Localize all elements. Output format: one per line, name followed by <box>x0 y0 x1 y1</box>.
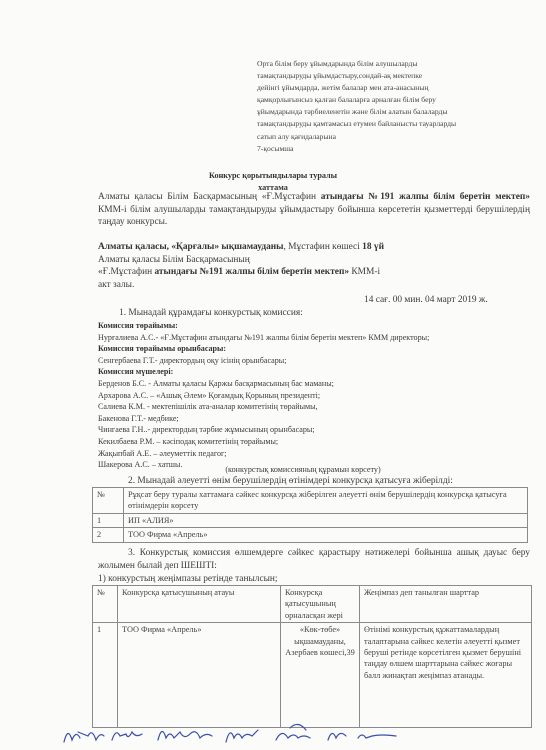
deputy-label: Комиссия төрайымы орынбасары: <box>98 344 226 353</box>
commission-list: Комиссия төрайымы: Нурғалиева А.С.- «Ғ.М… <box>98 320 538 471</box>
annex-header: Орта білім беру ұйымдарында білім алушыл… <box>257 58 517 155</box>
meeting-datetime: 14 сағ. 00 мин. 04 март 2019 ж. <box>364 294 534 307</box>
location-line: акт залы. <box>98 279 538 292</box>
table-header-row: № Конкурсқа қатысушының атауы Конкурсқа … <box>93 586 532 623</box>
winner-table: № Конкурсқа қатысушының атауы Конкурсқа … <box>92 585 532 728</box>
intro-text: Алматы қаласы Білім Басқармасының «Ғ.Мұс… <box>98 192 321 202</box>
section3-subheading: 1) конкурстың жеңімпазы ретінде танылсын… <box>98 573 530 586</box>
members-label: Комиссия мүшелері: <box>98 367 173 376</box>
location-block: Алматы қаласы, «Қарғалы» ықшамауданы, Мұ… <box>98 241 538 291</box>
chair: Нурғалиева А.С.- «Ғ.Мұстафин атындағы №1… <box>98 332 538 344</box>
commission-heading: 1. Мынадай құрамдағы конкурстық комиссия… <box>119 307 519 320</box>
location-line: Алматы қаласы Білім Басқармасының <box>98 254 538 267</box>
table-row: 1 ТОО Фирма «Апрель» «Көк-төбе» ықшамауд… <box>93 623 532 728</box>
table-header-row: № Рұқсат беру туралы хаттамаға сәйкес ко… <box>93 488 528 514</box>
annex-line: тамақтандыруды ұйымдастыру,сондай-ақ мек… <box>257 70 517 82</box>
location-line: «Ғ.Мұстафин атындағы №191 жалпы білім бе… <box>98 266 538 279</box>
annex-line: дейінгі ұйымдарда, жетім балалар мен ата… <box>257 82 517 94</box>
section3-heading: 3. Конкурстық комиссия өлшемдерге сәйкес… <box>98 547 530 572</box>
annex-line: сатып алу қағидаларына <box>257 131 517 143</box>
annex-line: ұйымдарында тәрбиеленетін және білім ала… <box>257 106 517 118</box>
annex-line: тамақтандыруды қамтамасыз етумен байланы… <box>257 118 517 130</box>
member: Чингаева Г.Н..- директордың тәрбие жұмыс… <box>98 424 538 436</box>
school-name: атындағы №191 жалпы білім беретін мектеп… <box>321 192 530 202</box>
intro-paragraph: Алматы қаласы Білім Басқармасының «Ғ.Мұс… <box>98 191 530 229</box>
header-description: Рұқсат беру туралы хаттамаға сәйкес конк… <box>124 488 528 514</box>
document-title: Конкурс қорытындылары туралы <box>0 171 546 180</box>
table-row: 1 ИП «АЛИЯ» <box>93 513 528 527</box>
member: Архарова А.С. – «Ашық Әлем» Қоғамдық Қор… <box>98 390 538 402</box>
intro-text-end: КММ-і білім алушыларды тамақтандыруды ұй… <box>98 205 530 228</box>
annex-line: Орта білім беру ұйымдарында білім алушыл… <box>257 58 517 70</box>
document-page: Орта білім беру ұйымдарында білім алушыл… <box>0 0 546 750</box>
deputy: Сенгербаева Г.Т.- директордың оқу ісінің… <box>98 355 538 367</box>
section2-heading: 2. Мынадай әлеуетті өнім берушілердің өт… <box>128 475 538 488</box>
table-row: 2 ТОО Фирма «Апрель» <box>93 528 528 542</box>
signatures-icon <box>62 722 422 748</box>
member: Бакенова Г.Т.- медбике; <box>98 413 538 425</box>
chair-label: Комиссия төрайымы: <box>98 321 178 330</box>
member: Салиева К.М. - мектепішілік ата-аналар к… <box>98 401 538 413</box>
header-no: № <box>93 488 124 514</box>
annex-line: қамқорлығынсыз қалған балаларға арналған… <box>257 94 517 106</box>
commission-note: (конкурстық комиссияның құрамын көрсету) <box>0 464 546 476</box>
annex-number: 7-қосымша <box>257 143 517 155</box>
location-line: Алматы қаласы, «Қарғалы» ықшамауданы, Мұ… <box>98 241 538 254</box>
member: Жақыпбай А.Е. – әлеуметтік педагог; <box>98 448 538 460</box>
admitted-suppliers-table: № Рұқсат беру туралы хаттамаға сәйкес ко… <box>92 487 528 543</box>
member: Берденов Б.С. - Алматы қаласы Қаржы басқ… <box>98 378 538 390</box>
member: Кекилбаева Р.М. – кәсіподақ комитетінің … <box>98 436 538 448</box>
